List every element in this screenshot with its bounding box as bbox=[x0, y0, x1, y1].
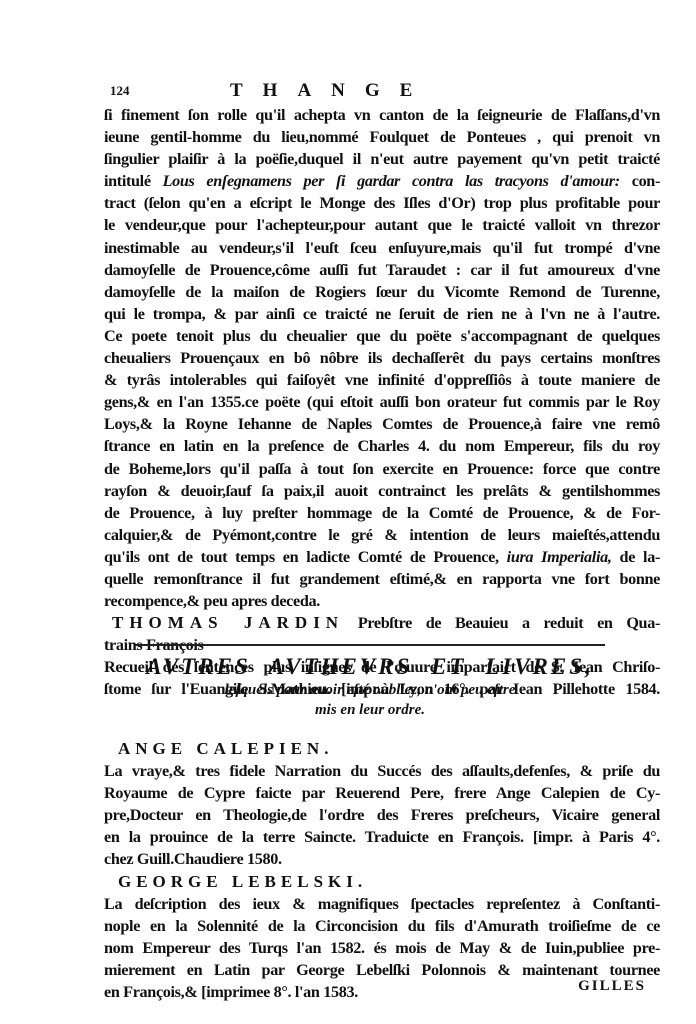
text-line: rayſon & deuoir,ſauf ſa paix,il auoit co… bbox=[104, 480, 660, 502]
text-line: ſtrance en latin en la preſence de Charl… bbox=[104, 435, 660, 457]
catchword: GILLES bbox=[578, 978, 646, 995]
jardin-entry-line: THOMAS JARDIN Prebſtre de Beauieu a redu… bbox=[104, 612, 660, 634]
section-subtitle: mis en leur ordre. bbox=[130, 702, 610, 719]
text-fragment: de la- bbox=[612, 548, 660, 566]
text-line: damoyſelle de Prouence,côme auſſi fut Ta… bbox=[104, 259, 660, 281]
entry-main-text: ſi finement ſon rolle qu'il achepta vn c… bbox=[104, 104, 660, 701]
additional-entries: ANGE CALEPIEN. La vraye,& tres fidele Na… bbox=[104, 738, 660, 1003]
text-line: ſi finement ſon rolle qu'il achepta vn c… bbox=[104, 104, 660, 126]
text-line: Loys,& la Royne Iehanne de Naples Comtes… bbox=[104, 413, 660, 435]
text-line: ſingulier plaiſir à la poëſie,duquel il … bbox=[104, 148, 660, 170]
text-line: Royaume de Cypre faicte par Reuerend Per… bbox=[104, 782, 660, 804]
italic-title: Lous enſegnamens per ſi gardar contra la… bbox=[163, 172, 620, 190]
text-line: de Boheme,lors qu'il paſſa à tout ſon ex… bbox=[104, 458, 660, 480]
running-title: THANGE bbox=[230, 80, 432, 102]
text-line: damoyſelle de la maiſon de Rogiers ſœur … bbox=[104, 281, 660, 303]
text-line: La deſcription des ieux & magnifiques ſp… bbox=[104, 893, 660, 915]
text-fragment: intitulé bbox=[104, 172, 163, 190]
text-fragment: con- bbox=[620, 172, 660, 190]
text-line: mierement en Latin par George Lebelſki P… bbox=[104, 959, 660, 981]
book-page: 124 THANGE ſi finement ſon rolle qu'il a… bbox=[0, 0, 696, 1024]
page-header: 124 THANGE bbox=[110, 80, 650, 104]
horizontal-rule bbox=[135, 644, 605, 646]
text-line: La vraye,& tres fidele Narration du Succ… bbox=[104, 760, 660, 782]
section-subtitle: leſquels pour auoir eſté oubliez, n'ont … bbox=[130, 682, 610, 699]
text-line: pre,Docteur en Theologie,de l'ordre des … bbox=[104, 804, 660, 826]
text-line: en François,& [imprimee 8°. l'an 1583. bbox=[104, 981, 660, 1003]
text-fragment: qu'ils ont de tout temps en ladicte Comt… bbox=[104, 548, 507, 566]
text-line: Ce poete tenoit plus du cheualier que du… bbox=[104, 325, 660, 347]
text-line: nom Empereur des Turqs l'an 1582. és moi… bbox=[104, 937, 660, 959]
author-heading: ANGE CALEPIEN. bbox=[104, 738, 660, 760]
text-line: quelle remonſtrance il fut grandement eſ… bbox=[104, 568, 660, 590]
text-line: & tyrâs intolerables qui faiſoyêt vne in… bbox=[104, 369, 660, 391]
text-line: intitulé Lous enſegnamens per ſi gardar … bbox=[104, 170, 660, 192]
text-line: qui le trompa, & par ainſi ce traicté ne… bbox=[104, 303, 660, 325]
text-line: en la prouince de la terre Saincte. Trad… bbox=[104, 826, 660, 848]
section-title: AVTRES AVTHEVRS ET LIVRES, bbox=[130, 654, 610, 680]
text-line: cheualiers Prouençaux en bô nôbre ils de… bbox=[104, 347, 660, 369]
author-name: THOMAS JARDIN bbox=[112, 613, 344, 632]
author-heading: GEORGE LEBELSKI. bbox=[104, 871, 660, 893]
italic-latin-phrase: iura Imperialia, bbox=[507, 548, 612, 566]
text-line: de Prouence, à luy preſter hommage de la… bbox=[104, 502, 660, 524]
text-line: tract (ſelon qu'en a eſcript le Monge de… bbox=[104, 192, 660, 214]
text-line: gens,& en l'an 1355.ce poëte (qui eſtoit… bbox=[104, 391, 660, 413]
text-line: ieune gentil-homme du lieu,nommé Foulque… bbox=[104, 126, 660, 148]
text-line: chez Guill.Chaudiere 1580. bbox=[104, 848, 660, 870]
text-line: le vendeur,que pour l'achepteur,pour aut… bbox=[104, 214, 660, 236]
text-line: recompence,& peu apres deceda. bbox=[104, 590, 660, 612]
page-number: 124 bbox=[110, 83, 130, 99]
text-line: qu'ils ont de tout temps en ladicte Comt… bbox=[104, 546, 660, 568]
text-fragment: Prebſtre de Beauieu a reduit en Qua- bbox=[344, 614, 660, 632]
text-line: inestimable au vendeur,s'il l'euſt ſceu … bbox=[104, 237, 660, 259]
text-line: calquier,& de Pyémont,contre le gré & in… bbox=[104, 524, 660, 546]
text-line: nople en la Solennité de la Circoncision… bbox=[104, 915, 660, 937]
